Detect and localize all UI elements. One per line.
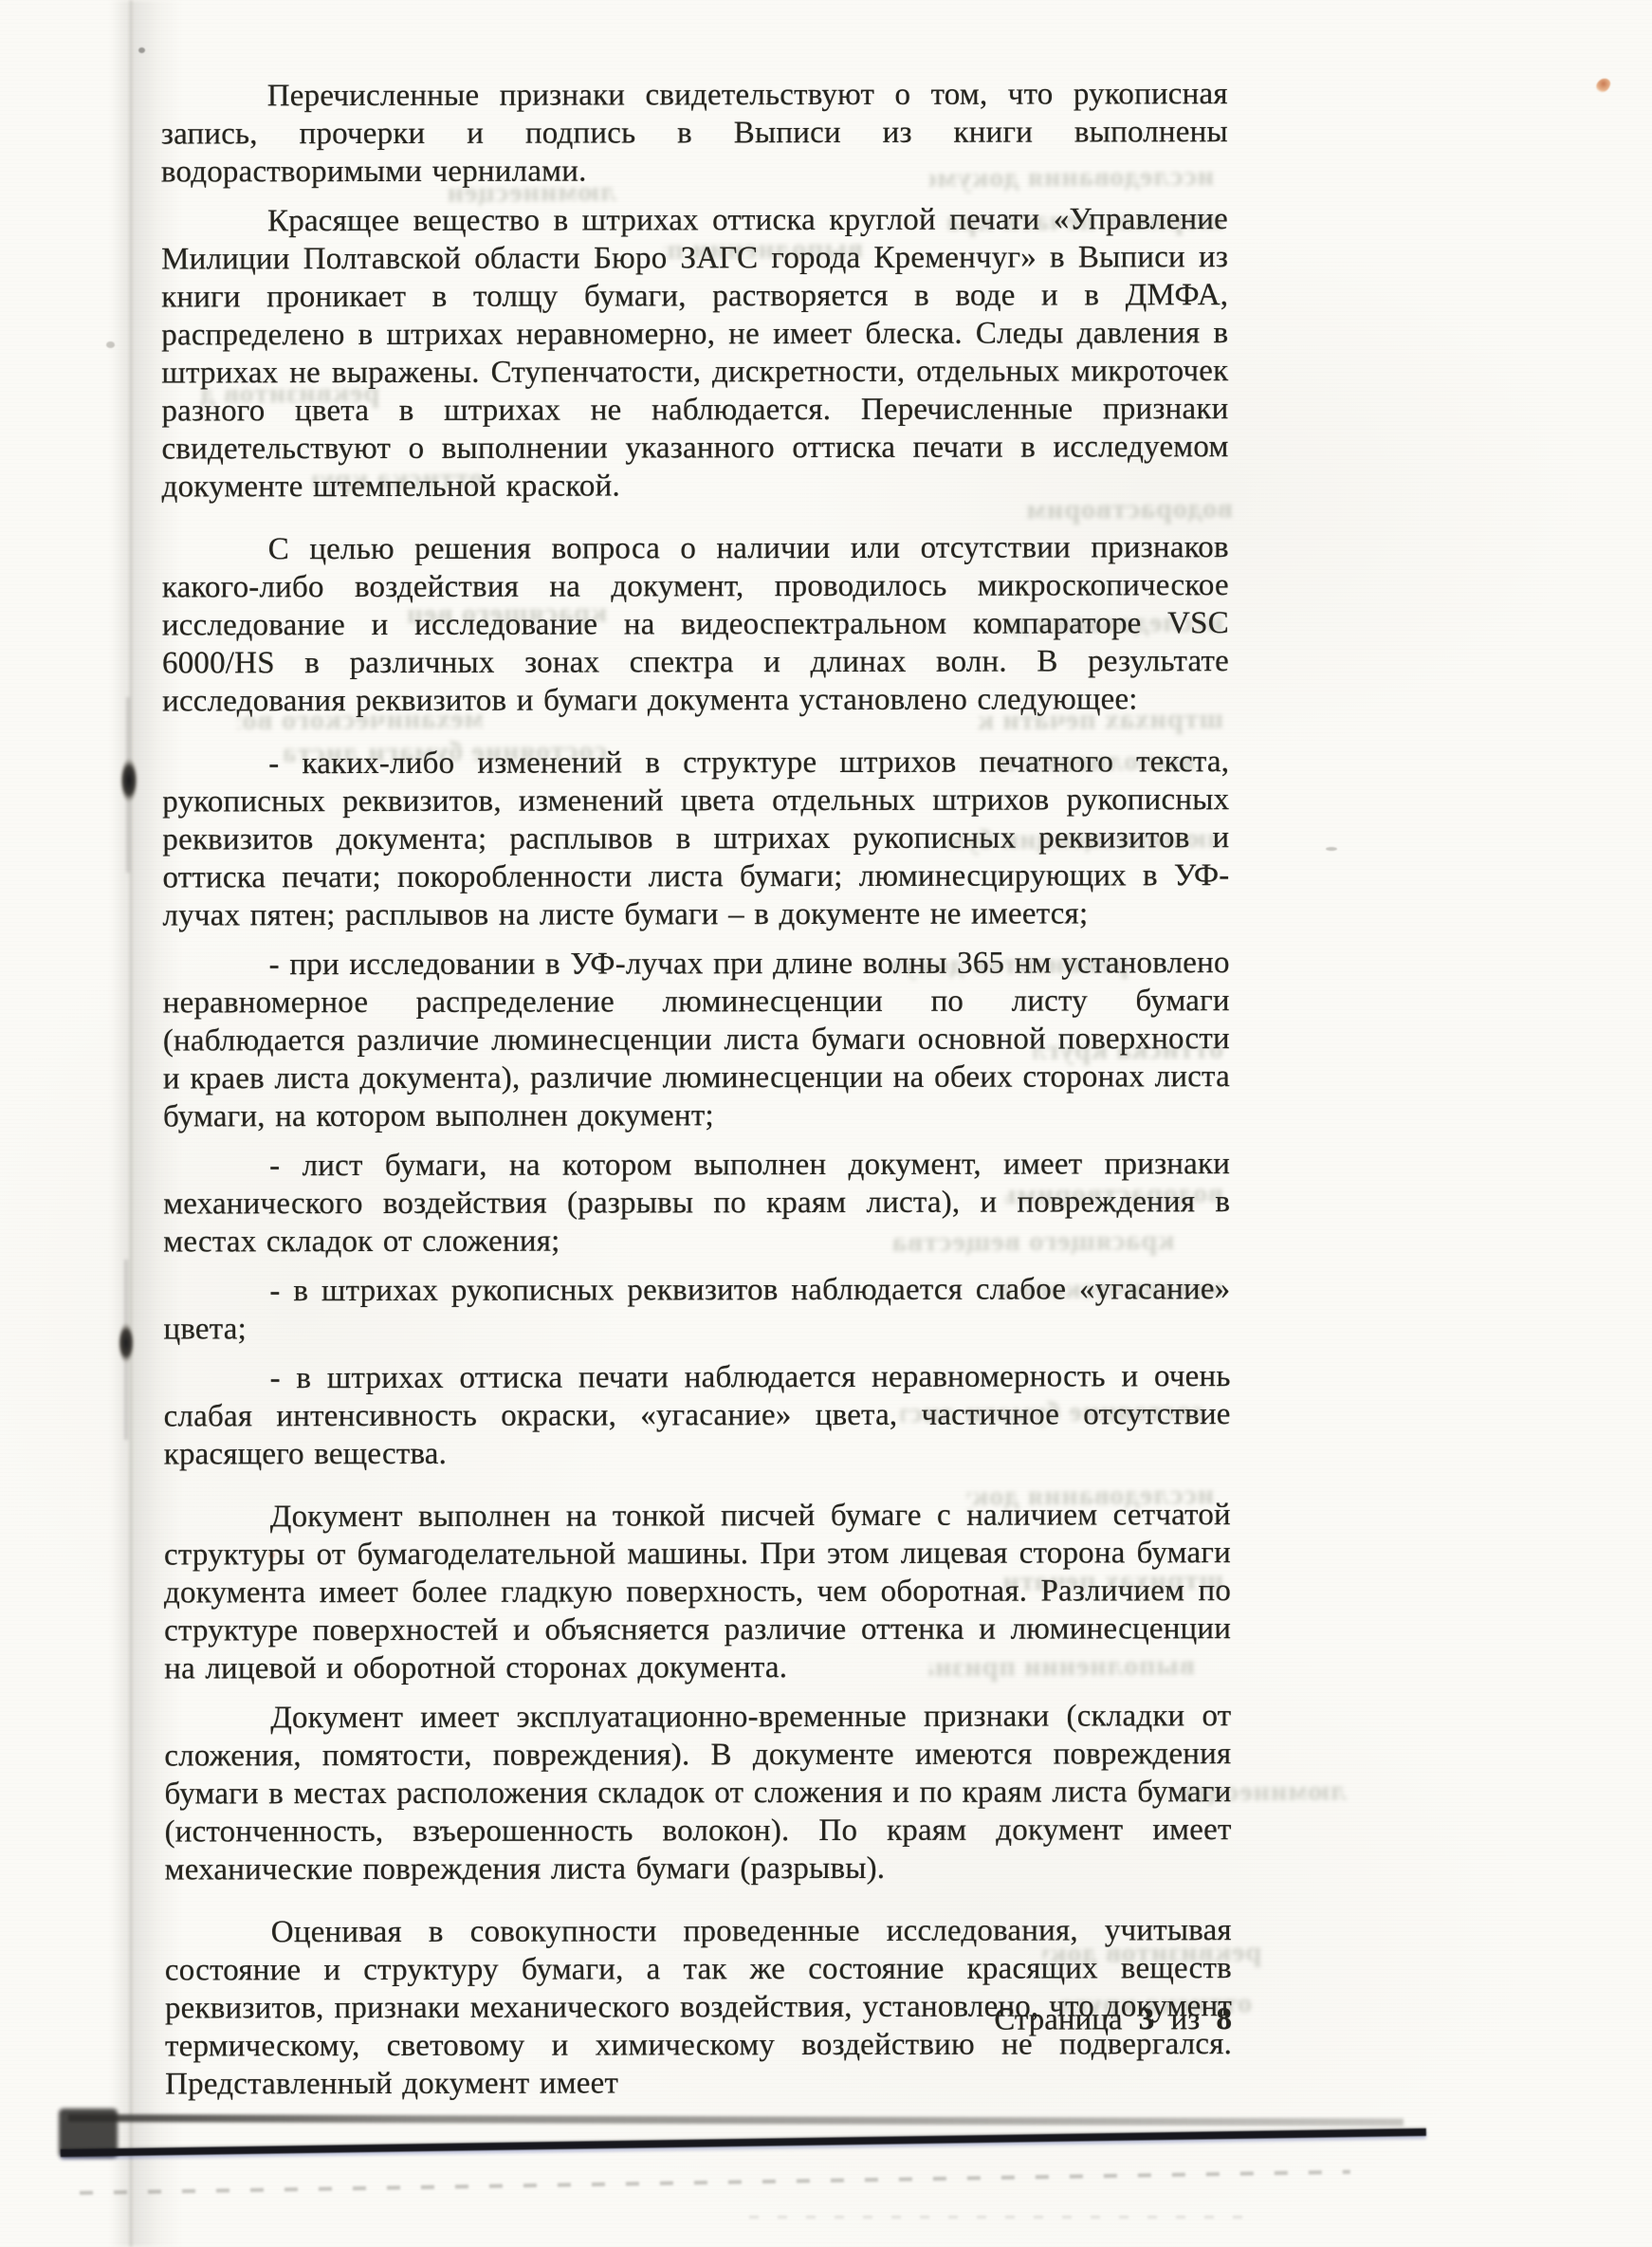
paragraph: С целью решения вопроса о наличии или от… — [162, 528, 1229, 720]
document-body: Перечисленные признаки свидетельствуют о… — [161, 75, 1232, 2103]
paragraph: Документ выполнен на тонкой писчей бумаг… — [164, 1496, 1231, 1687]
paragraph: - в штрихах рукописных реквизитов наблюд… — [163, 1270, 1230, 1348]
page-footer: Страница 3 из 8 — [165, 2002, 1232, 2039]
paragraph: Перечисленные признаки свидетельствуют о… — [161, 75, 1228, 191]
paragraph: - каких-либо изменений в структуре штрих… — [162, 743, 1229, 934]
scanned-document-page: исследования документаштрихах печати кра… — [0, 0, 1652, 2247]
footer-page-number: 3 — [1139, 2002, 1155, 2036]
paragraph: Документ имеет эксплуатационно-временные… — [164, 1697, 1231, 1888]
footer-of-label: из — [1170, 2002, 1200, 2036]
paragraph: - лист бумаги, на котором выполнен докум… — [163, 1145, 1230, 1261]
document-content: Перечисленные признаки свидетельствуют о… — [0, 0, 1652, 2247]
paragraph: - при исследовании в УФ-лучах при длине … — [163, 944, 1230, 1135]
paragraph: Красящее вещество в штрихах оттиска круг… — [161, 200, 1229, 506]
footer-total-pages: 8 — [1216, 2002, 1232, 2036]
scan-edge-speckle — [749, 2216, 1242, 2219]
footer-page-label: Страница — [994, 2002, 1122, 2036]
paragraph: - в штрихах оттиска печати наблюдается н… — [164, 1357, 1231, 1473]
